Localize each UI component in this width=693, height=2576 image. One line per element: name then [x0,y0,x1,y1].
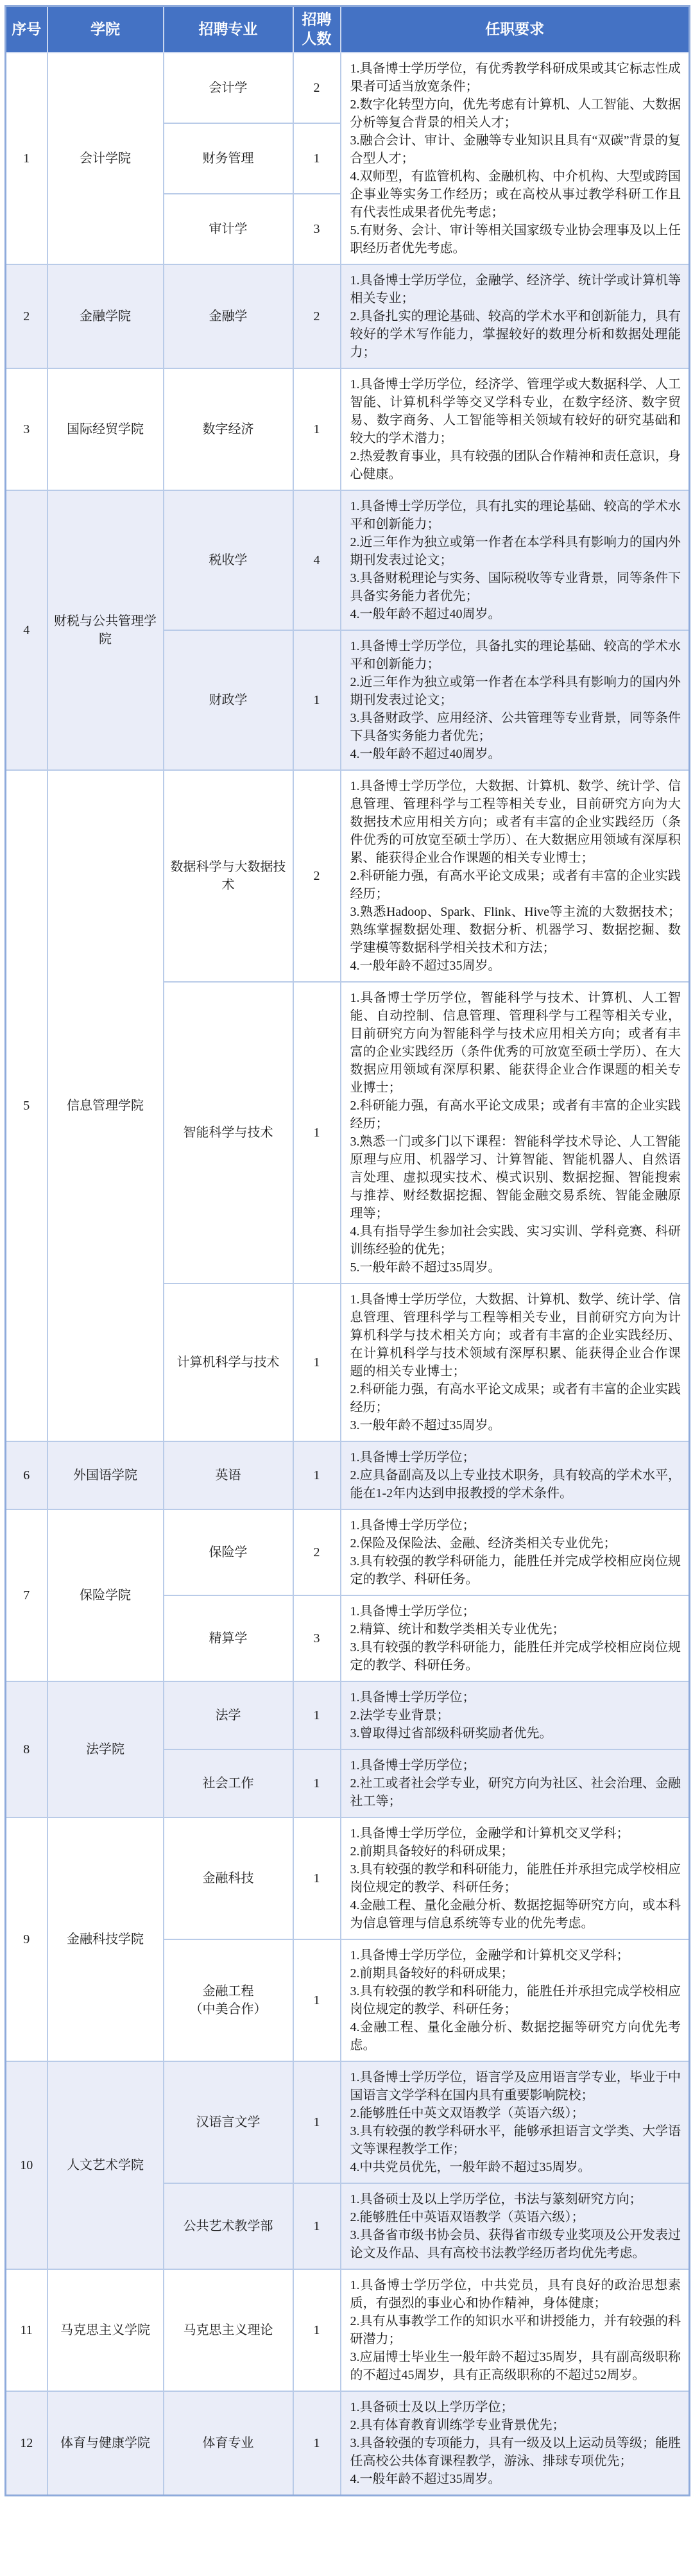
college-cell: 外国语学院 [47,1441,164,1509]
requirement-item: 1.具备博士学历学位，金融学、经济学、统计学或计算机等相关专业； [350,271,681,307]
seq-cell: 5 [6,770,47,1441]
college-cell: 保险学院 [47,1509,164,1681]
requirement-item: 4.一般年龄不超过40周岁。 [350,745,681,763]
requirement-item: 1.具备博士学历学位，智能科学与技术、计算机、人工智能、自动控制、信息管理、管理… [350,989,681,1097]
count-cell: 1 [293,2061,341,2183]
count-cell: 4 [293,490,341,630]
requirements-cell: 1.具备博士学历学位；2.社工或者社会学专业，研究方向为社区、社会治理、金融社工… [341,1749,690,1817]
requirements-cell: 1.具备博士学历学位，有优秀教学科研成果或其它标志性成果者可适当放宽条件；2.数… [341,53,690,264]
requirement-item: 2.具有体育教育训练学专业背景优先； [350,2416,681,2434]
requirement-item: 2.前期具备较好的科研成果； [350,1964,681,1982]
count-cell: 1 [293,1284,341,1441]
requirement-item: 1.具备博士学历学位，具有扎实的理论基础、较高的学术水平和创新能力； [350,497,681,533]
requirements-cell: 1.具备博士学历学位，大数据、计算机、数学、统计学、信息管理、管理科学与工程等相… [341,1284,690,1441]
requirement-item: 4.金融工程、量化金融分析、数据挖掘等研究方向，或本科为信息管理与信息系统等专业… [350,1896,681,1932]
table-row: 8法学院法学11.具备博士学历学位；2.法学专业背景；3.曾取得过省部级科研奖励… [6,1681,690,1749]
count-cell: 1 [293,1939,341,2061]
table-row: 11马克思主义学院马克思主义理论11.具备博士学历学位，中共党员，具有良好的政治… [6,2269,690,2391]
requirement-item: 3.具备财政学、应用经济、公共管理等专业背景，同等条件下具备实务能力者优先； [350,709,681,745]
requirement-item: 2.具备扎实的理论基础、较高的学术水平和创新能力，具有较好的学术写作能力，掌握较… [350,307,681,361]
requirements-cell: 1.具备博士学历学位，金融学和计算机交叉学科；2.前期具备较好的科研成果；3.具… [341,1939,690,2061]
college-cell: 人文艺术学院 [47,2061,164,2269]
major-cell: 保险学 [164,1509,293,1595]
count-cell: 2 [293,53,341,123]
requirement-item: 4.一般年龄不超过40周岁。 [350,605,681,623]
major-cell: 体育专业 [164,2391,293,2496]
requirement-item: 2.数字化转型方向，优先考虑有计算机、人工智能、大数据分析等复合背景的相关人才； [350,96,681,132]
requirement-item: 2.法学专业背景； [350,1706,681,1724]
requirement-item: 3.具备较强的专项能力，具有一级及以上运动员等级；能胜任高校公共体育课程教学，游… [350,2434,681,2470]
requirement-item: 1.具备博士学历学位，大数据、计算机、数学、统计学、信息管理、管理科学与工程等相… [350,777,681,867]
seq-cell: 3 [6,368,47,490]
major-cell: 法学 [164,1681,293,1749]
requirements-cell: 1.具备博士学历学位，经济学、管理学或大数据科学、人工智能、计算机科学等交叉学科… [341,368,690,490]
count-cell: 1 [293,1441,341,1509]
major-cell: 数字经济 [164,368,293,490]
requirement-item: 1.具备博士学历学位，经济学、管理学或大数据科学、人工智能、计算机科学等交叉学科… [350,375,681,447]
requirement-item: 3.融合会计、审计、金融等专业知识且具有“双碳”背景的复合型人才； [350,132,681,167]
major-cell: 财务管理 [164,123,293,194]
requirements-cell: 1.具备硕士及以上学历学位；2.具有体育教育训练学专业背景优先；3.具备较强的专… [341,2391,690,2496]
requirement-item: 1.具备博士学历学位，有优秀教学科研成果或其它标志性成果者可适当放宽条件； [350,60,681,96]
header-major: 招聘专业 [164,6,293,53]
table-row: 9金融科技学院金融科技11.具备博士学历学位，金融学和计算机交叉学科；2.前期具… [6,1817,690,1939]
college-cell: 法学院 [47,1681,164,1817]
requirement-item: 4.中共党员优先，一般年龄不超过35周岁。 [350,2158,681,2176]
requirement-item: 3.具有较强的教学科研能力，能胜任并完成学校相应岗位规定的教学、科研任务。 [350,1638,681,1674]
college-cell: 信息管理学院 [47,770,164,1441]
requirement-item: 1.具备博士学历学位； [350,1448,681,1466]
requirements-cell: 1.具备博士学历学位，金融学和计算机交叉学科；2.前期具备较好的科研成果；3.具… [341,1817,690,1939]
requirement-item: 2.科研能力强，有高水平论文成果；或者有丰富的企业实践经历； [350,1097,681,1133]
table-row: 10人文艺术学院汉语言文学11.具备博士学历学位，语言学及应用语言学专业，毕业于… [6,2061,690,2183]
seq-cell: 2 [6,264,47,368]
requirements-cell: 1.具备博士学历学位；2.保险及保险法、金融、经济类相关专业优先；3.具有较强的… [341,1509,690,1595]
requirement-item: 5.有财务、会计、审计等相关国家级专业协会理事及以上任职经历者优先考虑。 [350,221,681,257]
major-cell: 审计学 [164,194,293,264]
requirement-item: 3.应届博士毕业生一般年龄不超过35周岁，具有副高级职称的不超过45周岁，具有正… [350,2348,681,2384]
requirement-item: 2.应具备副高及以上专业技术职务，具有较高的学术水平，能在1-2年内达到申报教授… [350,1466,681,1502]
requirement-item: 3.具有较强的教学科研水平，能够承担语言文学类、大学语文等课程教学工作； [350,2122,681,2158]
header-row: 序号 学院 招聘专业 招聘人数 任职要求 [6,6,690,53]
requirements-cell: 1.具备博士学历学位；2.法学专业背景；3.曾取得过省部级科研奖励者优先。 [341,1681,690,1749]
requirement-item: 1.具备硕士及以上学历学位； [350,2398,681,2416]
table-row: 1会计学院会计学21.具备博士学历学位，有优秀教学科研成果或其它标志性成果者可适… [6,53,690,123]
table-header: 序号 学院 招聘专业 招聘人数 任职要求 [6,6,690,53]
college-cell: 财税与公共管理学院 [47,490,164,770]
count-cell: 1 [293,368,341,490]
count-cell: 1 [293,1749,341,1817]
count-cell: 1 [293,123,341,194]
seq-cell: 9 [6,1817,47,2061]
count-cell: 1 [293,1681,341,1749]
seq-cell: 11 [6,2269,47,2391]
major-cell: 金融学 [164,264,293,368]
major-cell: 会计学 [164,53,293,123]
table-row: 12体育与健康学院体育专业11.具备硕士及以上学历学位；2.具有体育教育训练学专… [6,2391,690,2496]
requirements-cell: 1.具备博士学历学位，中共党员，具有良好的政治思想素质，有强烈的事业心和协作精神… [341,2269,690,2391]
major-cell: 公共艺术教学部 [164,2183,293,2269]
requirement-item: 4.具有指导学生参加社会实践、实习实训、学科竞赛、科研训练经验的优先； [350,1223,681,1258]
table-row: 4财税与公共管理学院税收学41.具备博士学历学位，具有扎实的理论基础、较高的学术… [6,490,690,630]
requirement-item: 2.保险及保险法、金融、经济类相关专业优先； [350,1534,681,1552]
requirement-item: 1.具备博士学历学位； [350,1688,681,1706]
major-cell: 金融工程 （中美合作） [164,1939,293,2061]
college-cell: 马克思主义学院 [47,2269,164,2391]
seq-cell: 12 [6,2391,47,2496]
count-cell: 1 [293,2391,341,2496]
page: 序号 学院 招聘专业 招聘人数 任职要求 1会计学院会计学21.具备博士学历学位… [0,0,693,2503]
count-cell: 2 [293,264,341,368]
major-cell: 税收学 [164,490,293,630]
requirements-cell: 1.具备博士学历学位；2.精算、统计和数学类相关专业优先；3.具有较强的教学科研… [341,1595,690,1681]
requirement-item: 3.具有较强的教学科研能力，能胜任并完成学校相应岗位规定的教学、科研任务。 [350,1552,681,1588]
requirement-item: 1.具备博士学历学位，金融学和计算机交叉学科； [350,1825,681,1842]
requirement-item: 2.社工或者社会学专业，研究方向为社区、社会治理、金融社工等； [350,1774,681,1810]
requirement-item: 3.具有较强的教学和科研能力，能胜任并承担完成学校相应岗位规定的教学、科研任务； [350,1860,681,1896]
count-cell: 1 [293,2269,341,2391]
count-cell: 2 [293,770,341,982]
major-cell: 精算学 [164,1595,293,1681]
header-college: 学院 [47,6,164,53]
table-body: 1会计学院会计学21.具备博士学历学位，有优秀教学科研成果或其它标志性成果者可适… [6,53,690,2496]
college-cell: 国际经贸学院 [47,368,164,490]
seq-cell: 6 [6,1441,47,1509]
count-cell: 1 [293,1817,341,1939]
table-row: 6外国语学院英语11.具备博士学历学位；2.应具备副高及以上专业技术职务，具有较… [6,1441,690,1509]
count-cell: 1 [293,2183,341,2269]
count-cell: 1 [293,630,341,770]
requirement-item: 2.近三年作为独立或第一作者在本学科具有影响力的国内外期刊发表过论文； [350,533,681,569]
requirement-item: 3.熟悉Hadoop、Spark、Flink、Hive等主流的大数据技术；熟练掌… [350,903,681,957]
major-cell: 汉语言文学 [164,2061,293,2183]
requirement-item: 3.熟悉一门或多门以下课程：智能科学技术导论、人工智能原理与应用、机器学习、计算… [350,1133,681,1223]
table-row: 3国际经贸学院数字经济11.具备博士学历学位，经济学、管理学或大数据科学、人工智… [6,368,690,490]
requirement-item: 1.具备博士学历学位； [350,1756,681,1774]
major-cell: 金融科技 [164,1817,293,1939]
table-row: 2金融学院金融学21.具备博士学历学位，金融学、经济学、统计学或计算机等相关专业… [6,264,690,368]
header-seq: 序号 [6,6,47,53]
count-cell: 1 [293,982,341,1284]
requirement-item: 2.前期具备较好的科研成果； [350,1842,681,1860]
seq-cell: 7 [6,1509,47,1681]
seq-cell: 1 [6,53,47,264]
requirements-cell: 1.具备博士学历学位，具备扎实的理论基础、较高的学术水平和创新能力；2.近三年作… [341,630,690,770]
requirement-item: 2.能够胜任中英语双语教学（英语六级）； [350,2208,681,2226]
recruitment-table: 序号 学院 招聘专业 招聘人数 任职要求 1会计学院会计学21.具备博士学历学位… [4,5,690,2496]
requirement-item: 1.具备博士学历学位，中共党员，具有良好的政治思想素质，有强烈的事业心和协作精神… [350,2276,681,2312]
requirement-item: 2.具有从事教学工作的知识水平和讲授能力，并有较强的科研潜力； [350,2312,681,2348]
requirement-item: 1.具备博士学历学位，语言学及应用语言学专业，毕业于中国语言文学学科在国内具有重… [350,2068,681,2104]
requirements-cell: 1.具备博士学历学位，金融学、经济学、统计学或计算机等相关专业；2.具备扎实的理… [341,264,690,368]
college-cell: 体育与健康学院 [47,2391,164,2496]
major-cell: 智能科学与技术 [164,982,293,1284]
requirement-item: 1.具备博士学历学位，具备扎实的理论基础、较高的学术水平和创新能力； [350,637,681,673]
requirement-item: 3.一般年龄不超过35周岁。 [350,1416,681,1434]
table-row: 7保险学院保险学21.具备博士学历学位；2.保险及保险法、金融、经济类相关专业优… [6,1509,690,1595]
major-cell: 计算机科学与技术 [164,1284,293,1441]
requirements-cell: 1.具备博士学历学位；2.应具备副高及以上专业技术职务，具有较高的学术水平，能在… [341,1441,690,1509]
requirements-cell: 1.具备博士学历学位，智能科学与技术、计算机、人工智能、自动控制、信息管理、管理… [341,982,690,1284]
requirement-item: 2.科研能力强，有高水平论文成果；或者有丰富的企业实践经历； [350,1380,681,1416]
requirement-item: 1.具备硕士及以上学历学位，书法与篆刻研究方向； [350,2190,681,2208]
requirement-item: 4.金融工程、量化金融分析、数据挖掘等研究方向优先考虑。 [350,2018,681,2054]
seq-cell: 8 [6,1681,47,1817]
count-cell: 3 [293,1595,341,1681]
requirement-item: 2.热爱教育事业，具有较强的团队合作精神和责任意识，身心健康。 [350,447,681,483]
requirement-item: 1.具备博士学历学位，大数据、计算机、数学、统计学、信息管理、管理科学与工程等相… [350,1291,681,1380]
major-cell: 财政学 [164,630,293,770]
college-cell: 金融学院 [47,264,164,368]
requirement-item: 2.近三年作为独立或第一作者在本学科具有影响力的国内外期刊发表过论文； [350,673,681,709]
count-cell: 3 [293,194,341,264]
requirement-item: 2.精算、统计和数学类相关专业优先； [350,1620,681,1638]
requirement-item: 2.科研能力强，有高水平论文成果；或者有丰富的企业实践经历； [350,867,681,903]
table-row: 5信息管理学院数据科学与大数据技术21.具备博士学历学位，大数据、计算机、数学、… [6,770,690,982]
major-cell: 数据科学与大数据技术 [164,770,293,982]
requirement-item: 3.具备省市级书协会员、获得省市级专业奖项及公开发表过论文及作品、具有高校书法教… [350,2226,681,2262]
requirements-cell: 1.具备博士学历学位，大数据、计算机、数学、统计学、信息管理、管理科学与工程等相… [341,770,690,982]
header-count: 招聘人数 [293,6,341,53]
header-requirements: 任职要求 [341,6,690,53]
requirement-item: 4.一般年龄不超过35周岁。 [350,2470,681,2488]
requirement-item: 1.具备博士学历学位； [350,1516,681,1534]
requirements-cell: 1.具备硕士及以上学历学位，书法与篆刻研究方向；2.能够胜任中英语双语教学（英语… [341,2183,690,2269]
major-cell: 社会工作 [164,1749,293,1817]
seq-cell: 10 [6,2061,47,2269]
major-cell: 马克思主义理论 [164,2269,293,2391]
requirement-item: 5.一般年龄不超过35周岁。 [350,1258,681,1276]
count-cell: 2 [293,1509,341,1595]
requirement-item: 3.具有较强的教学和科研能力，能胜任并承担完成学校相应岗位规定的教学、科研任务； [350,1982,681,2018]
seq-cell: 4 [6,490,47,770]
requirement-item: 4.一般年龄不超过35周岁。 [350,957,681,975]
requirements-cell: 1.具备博士学历学位，语言学及应用语言学专业，毕业于中国语言文学学科在国内具有重… [341,2061,690,2183]
requirements-cell: 1.具备博士学历学位，具有扎实的理论基础、较高的学术水平和创新能力；2.近三年作… [341,490,690,630]
college-cell: 会计学院 [47,53,164,264]
requirement-item: 1.具备博士学历学位，金融学和计算机交叉学科； [350,1946,681,1964]
major-cell: 英语 [164,1441,293,1509]
requirement-item: 4.双师型，有监管机构、金融机构、中介机构、大型或跨国企事业等实务工作经历；或在… [350,167,681,221]
requirement-item: 1.具备博士学历学位； [350,1602,681,1620]
requirement-item: 3.具备财税理论与实务、国际税收等专业背景，同等条件下具备实务能力者优先； [350,569,681,605]
requirement-item: 3.曾取得过省部级科研奖励者优先。 [350,1724,681,1742]
requirement-item: 2.能够胜任中英文双语教学（英语六级）； [350,2104,681,2122]
college-cell: 金融科技学院 [47,1817,164,2061]
